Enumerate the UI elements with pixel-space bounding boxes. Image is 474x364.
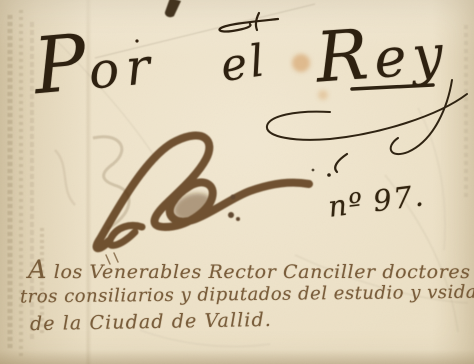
rubric-flourish xyxy=(97,136,309,249)
number-annotation: nº97. xyxy=(327,181,427,222)
rubric-ink-blot xyxy=(170,188,216,225)
ink-blot-dot xyxy=(236,217,240,221)
manuscript-page: Por el Rey nº97. A los Venerables Rector… xyxy=(0,0,474,364)
address-line-1: A los Venerables Rector Canciller doctor… xyxy=(28,258,474,284)
invocation-cross-icon xyxy=(220,13,278,31)
address-line-2: tros consiliarios y diputados del estudi… xyxy=(20,284,474,307)
heading-word-el: el xyxy=(218,39,270,89)
ink-blot-dot xyxy=(228,212,234,218)
top-edge-ink-mark xyxy=(165,0,181,17)
ink-blot-dot xyxy=(231,195,236,200)
heading-word-por: Por xyxy=(31,19,159,107)
address-line-3: de la Ciudad de Vallid. xyxy=(30,311,272,334)
number-value: 97. xyxy=(371,178,427,218)
heading-word-rey: Rey xyxy=(314,15,451,93)
number-prefix: nº xyxy=(326,186,366,224)
